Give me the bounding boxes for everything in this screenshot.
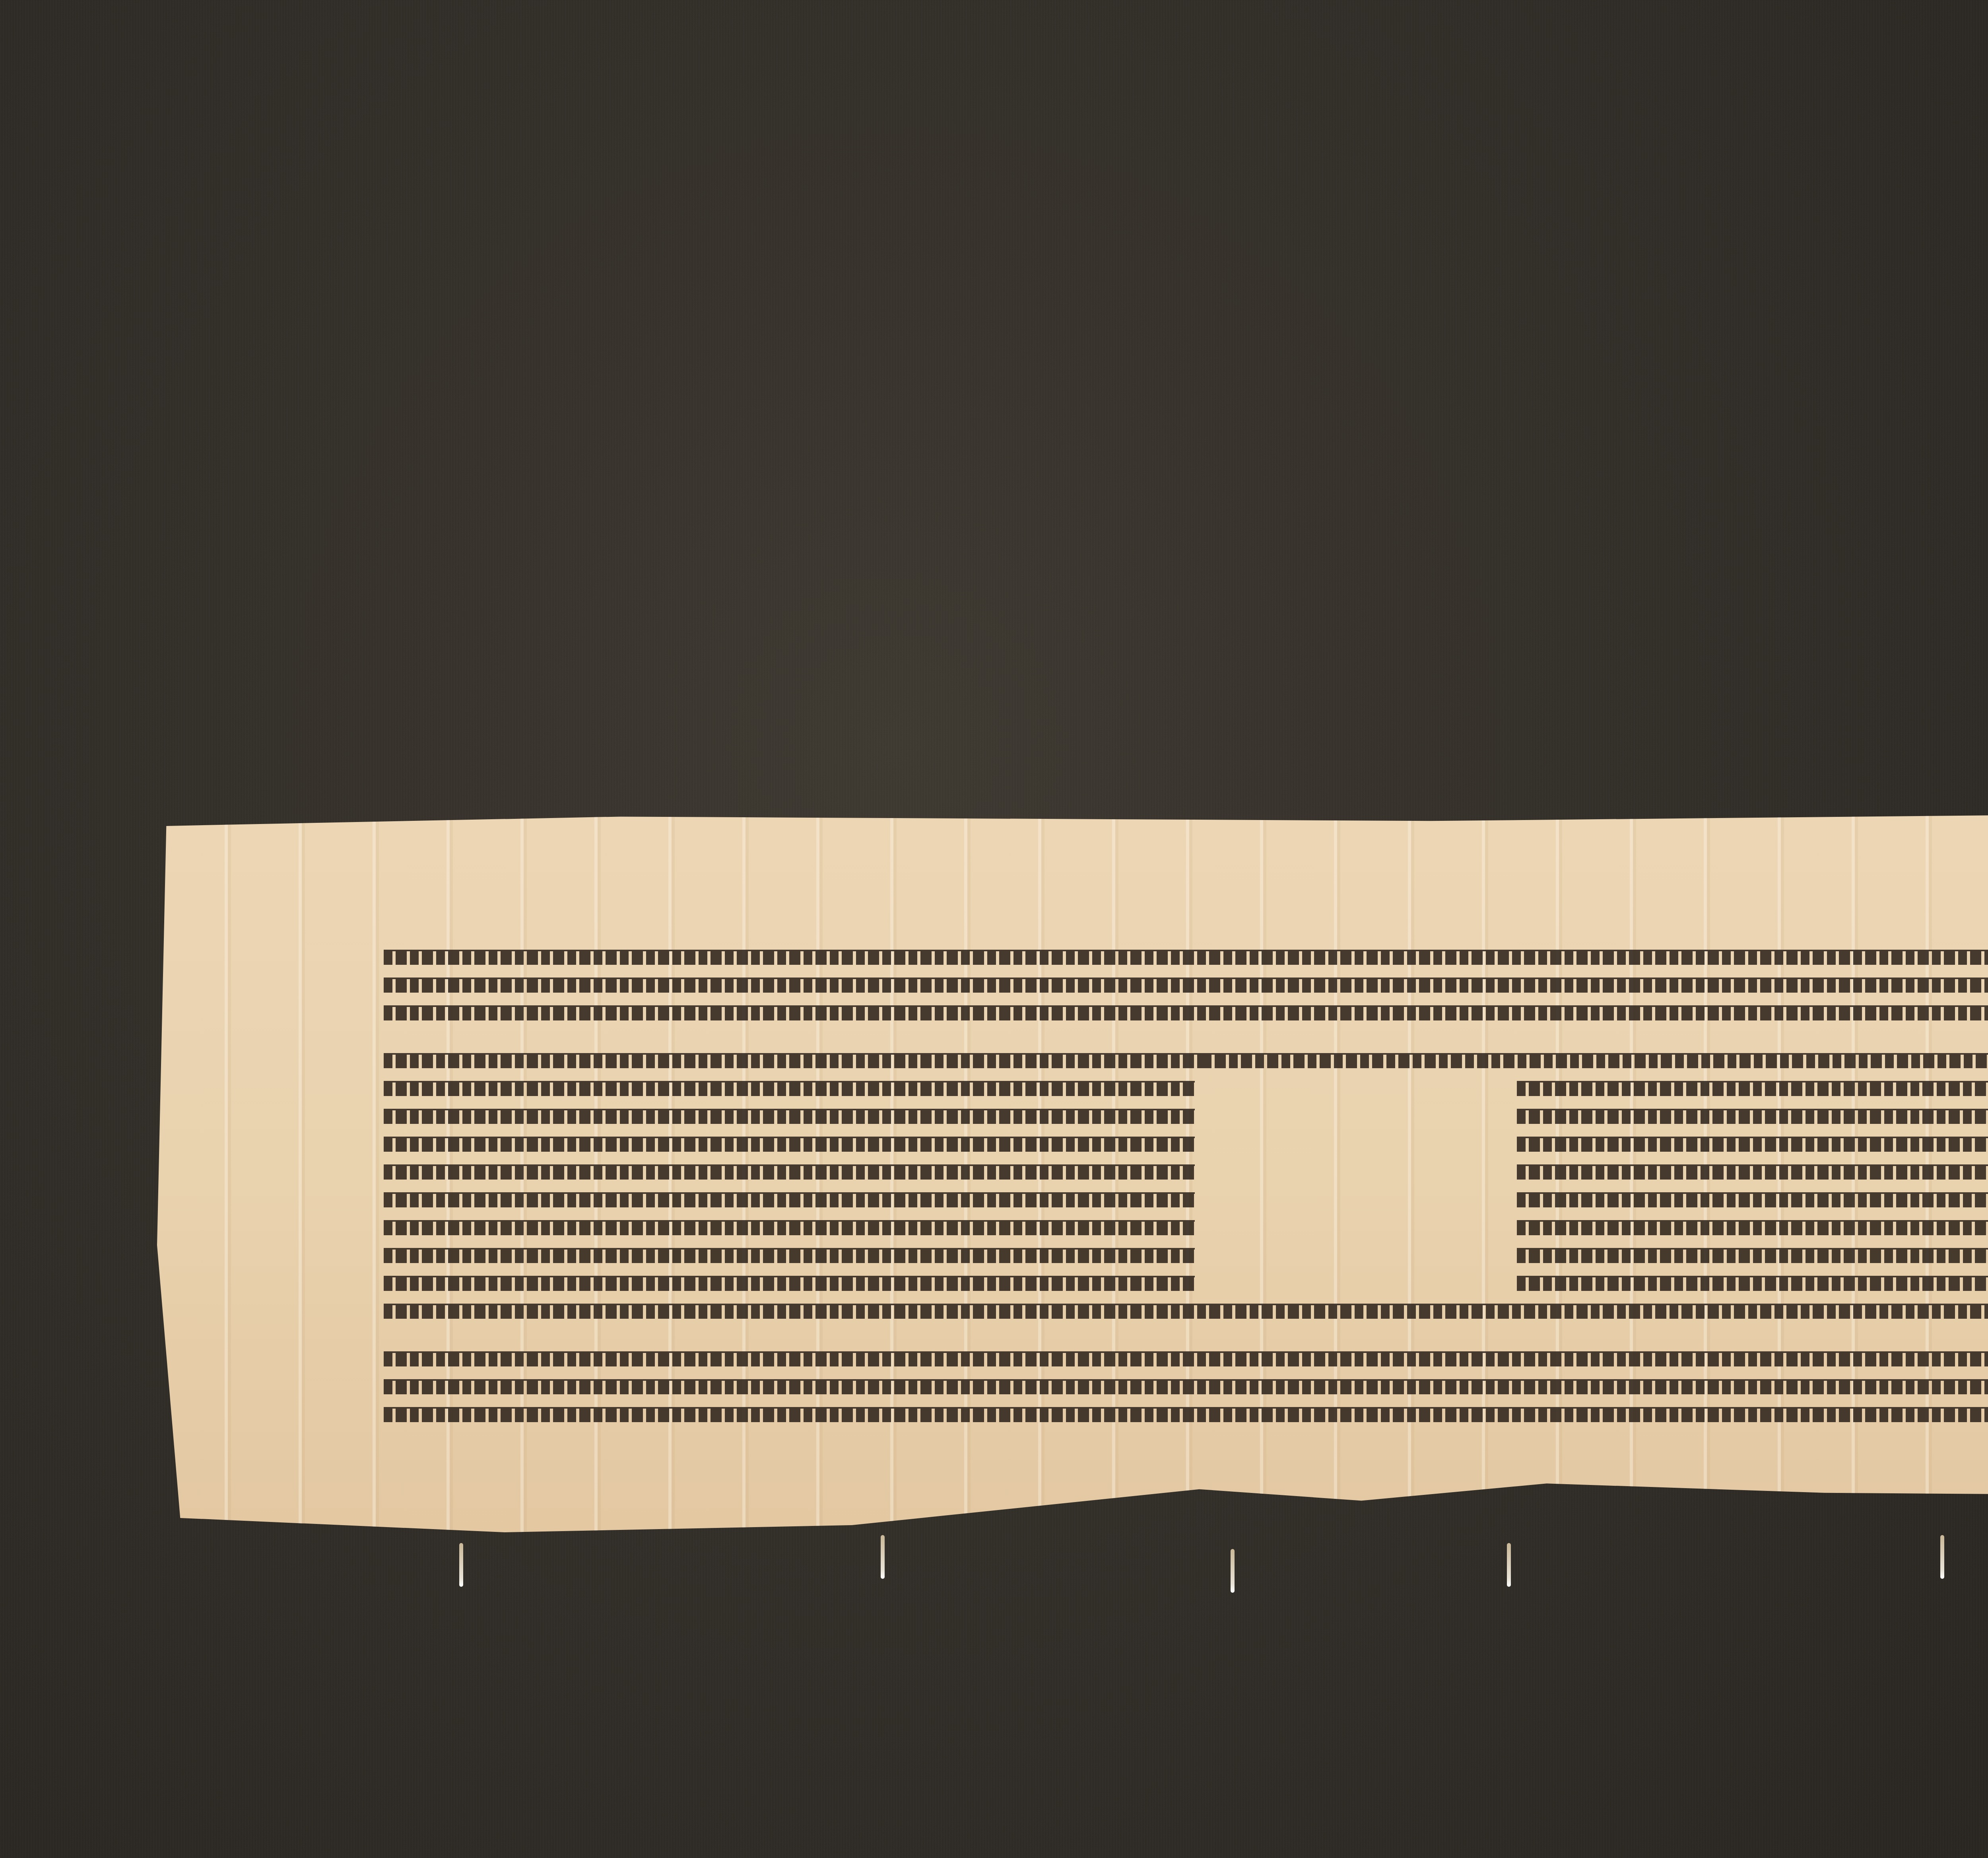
manuscript-line-right: [1517, 1276, 1988, 1291]
manuscript-line: [384, 978, 1988, 993]
manuscript-line: [384, 1304, 1988, 1319]
manuscript-line-left: [384, 1053, 1203, 1068]
manuscript-line-right: [1517, 1164, 1988, 1180]
mounting-pin: [1940, 1535, 1944, 1579]
manuscript-line: [384, 1407, 1988, 1422]
manuscript-line: [384, 1005, 1988, 1020]
manuscript-line-right: [1517, 1248, 1988, 1263]
manuscript-line-right: [1517, 1137, 1988, 1152]
manuscript-line: [384, 1379, 1988, 1394]
manuscript-line-left: [384, 1192, 1195, 1207]
mounting-pin: [459, 1543, 463, 1587]
manuscript-line-right: [1517, 1220, 1988, 1235]
mounting-pin: [881, 1535, 885, 1579]
manuscript-line-right: [1203, 1053, 1988, 1068]
manuscript-line-left: [384, 1164, 1195, 1180]
manuscript-line-right: [1517, 1192, 1988, 1207]
manuscript-line-left: [384, 1248, 1195, 1263]
manuscript-leaf: Bengali: [157, 814, 1988, 1532]
manuscript-line: [384, 950, 1988, 965]
manuscript-line-left: [384, 1081, 1195, 1096]
manuscript-line: [384, 1351, 1988, 1366]
manuscript-line-left: [384, 1276, 1195, 1291]
mounting-pin: [1507, 1543, 1511, 1587]
manuscript-line-left: [384, 1220, 1195, 1235]
manuscript-line-left: [384, 1137, 1195, 1152]
mounting-pin: [1231, 1549, 1235, 1593]
manuscript-line-right: [1517, 1109, 1988, 1124]
manuscript-line-right: [1517, 1081, 1988, 1096]
manuscript-line-left: [384, 1109, 1195, 1124]
